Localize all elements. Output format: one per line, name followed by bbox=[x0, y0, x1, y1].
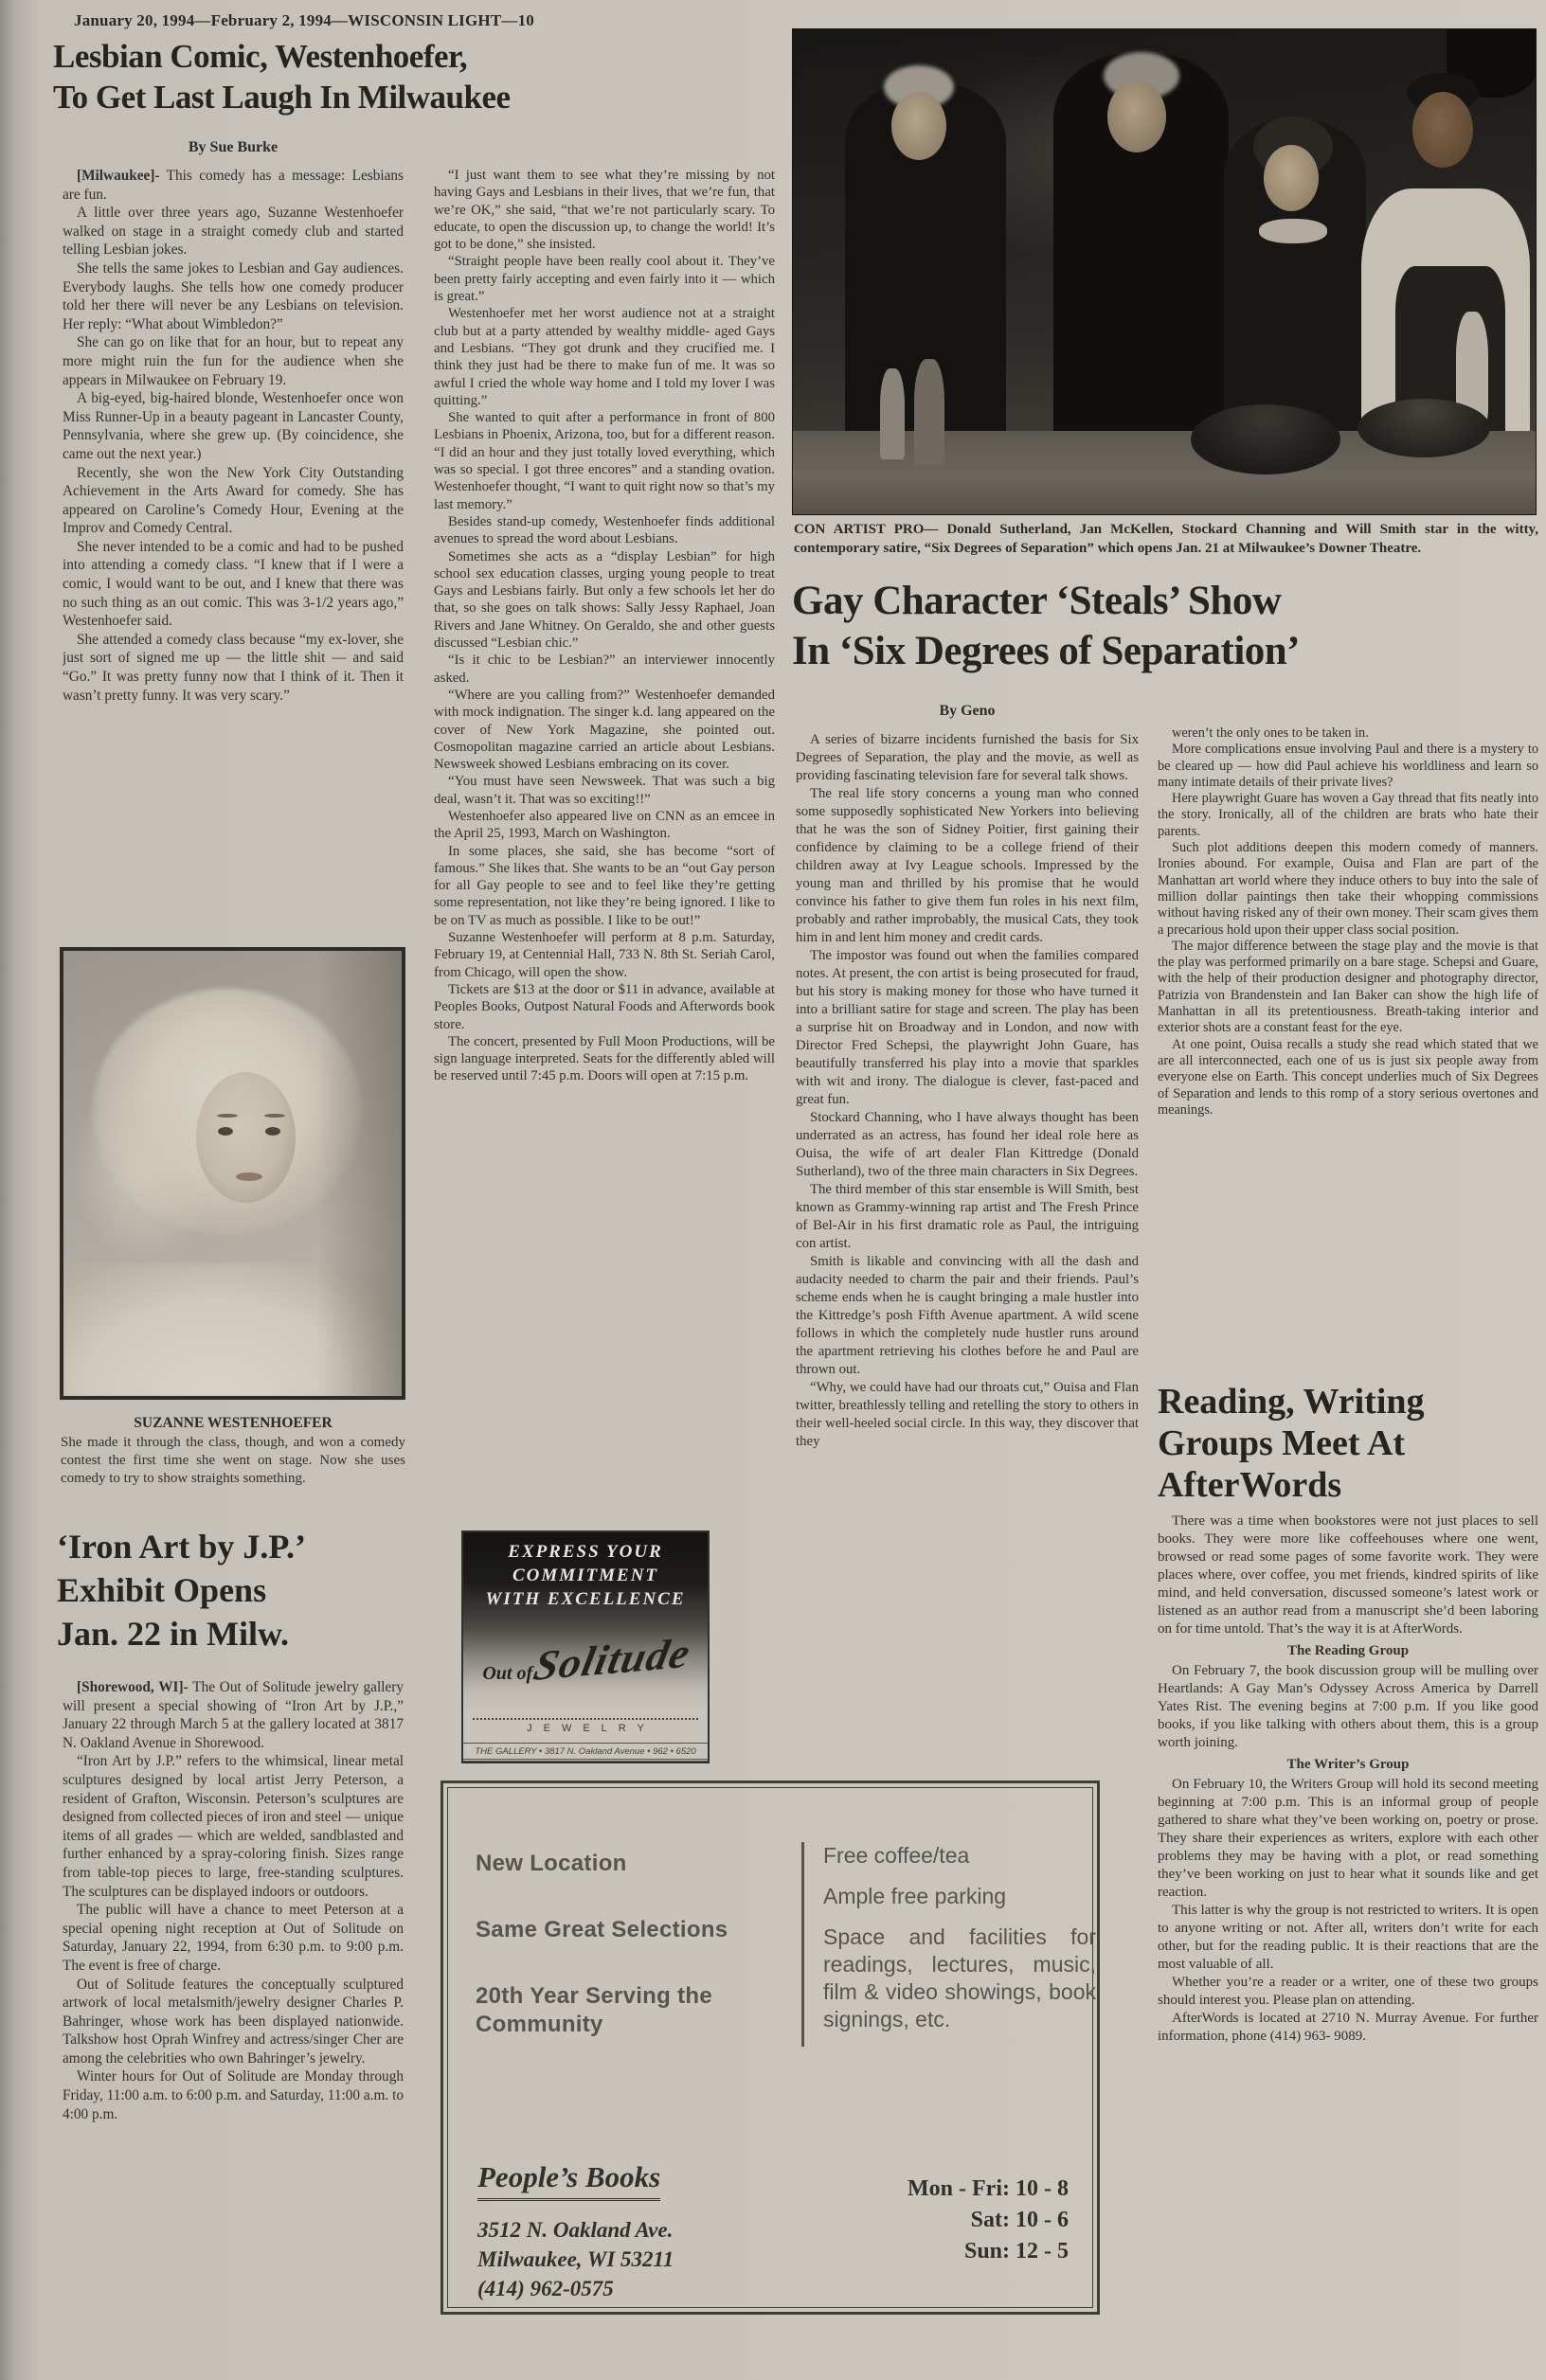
six-degrees-photo-caption: CON ARTIST PRO— Donald Sutherland, Jan M… bbox=[794, 521, 1538, 558]
paragraph: “Straight people have been really cool a… bbox=[434, 253, 775, 305]
paragraph: Whether you’re a reader or a writer, one… bbox=[1158, 1974, 1538, 2010]
out-of-solitude-ad: EXPRESS YOUR COMMITMENT WITH EXCELLENCE … bbox=[461, 1530, 710, 1763]
paragraph: She attended a comedy class because “my … bbox=[63, 631, 404, 705]
paragraph: Tickets are $13 at the door or $11 in ad… bbox=[434, 981, 775, 1033]
paragraph: She tells the same jokes to Lesbian and … bbox=[63, 259, 404, 333]
address-line-2: Milwaukee, WI 53211 bbox=[477, 2245, 674, 2274]
iron-art-column: [Shorewood, WI]- The Out of Solitude jew… bbox=[63, 1678, 404, 2377]
paragraph: The real life story concerns a young man… bbox=[796, 785, 1139, 947]
figure-face bbox=[891, 92, 946, 160]
paragraph: Sometimes she acts as a “display Lesbian… bbox=[434, 548, 775, 653]
photo-caption-text: She made it through the class, though, a… bbox=[61, 1434, 405, 1488]
ad-item: New Location bbox=[476, 1850, 788, 1878]
ad-gallery-address: THE GALLERY • 3817 N. Oakland Avenue • 9… bbox=[463, 1743, 708, 1762]
dotted-rule bbox=[473, 1718, 698, 1720]
figure-face bbox=[1412, 92, 1473, 168]
paragraph: She never intended to be a comic and had… bbox=[63, 538, 404, 631]
headline-line-2: Exhibit Opens bbox=[57, 1568, 306, 1612]
paragraph: “Why, we could have had our throats cut,… bbox=[796, 1379, 1139, 1451]
westenhoefer-column-1: [Milwaukee]- This comedy has a message: … bbox=[63, 167, 404, 930]
six-degrees-byline: By Geno bbox=[796, 703, 1139, 720]
address-line-1: 3512 N. Oakland Ave. bbox=[477, 2215, 674, 2245]
paragraph: She wanted to quit after a performance i… bbox=[434, 409, 775, 513]
ad-item: 20th Year Serving the Community bbox=[476, 1982, 788, 2039]
figure-face bbox=[1107, 81, 1166, 152]
six-degrees-headline: Gay Character ‘Steals’ Show In ‘Six Degr… bbox=[792, 576, 1300, 676]
hours-line: Sat: 10 - 6 bbox=[811, 2205, 1069, 2236]
headline-line-3: AfterWords bbox=[1158, 1464, 1425, 1506]
portrait-eye bbox=[218, 1127, 233, 1136]
bottle bbox=[914, 359, 944, 465]
paragraph: Westenhoefer met her worst audience not … bbox=[434, 305, 775, 409]
paragraph: She can go on like that for an hour, but… bbox=[63, 333, 404, 389]
ad-slogan-line-2: COMMITMENT bbox=[463, 1564, 708, 1587]
caption-lead: CON ARTIST PRO— bbox=[794, 522, 938, 537]
iron-art-headline: ‘Iron Art by J.P.’ Exhibit Opens Jan. 22… bbox=[57, 1525, 306, 1655]
headline-line-2: To Get Last Laugh In Milwaukee bbox=[53, 77, 511, 117]
hours-line: Mon - Fri: 10 - 8 bbox=[811, 2174, 1069, 2205]
paragraph: There was a time when bookstores were no… bbox=[1158, 1512, 1538, 1638]
paragraph: A little over three years ago, Suzanne W… bbox=[63, 204, 404, 259]
out-of-solitude-signature-logo: Out of Solitude bbox=[463, 1635, 708, 1685]
paragraph: The Writer’s Group bbox=[1158, 1756, 1538, 1774]
afterwords-column: There was a time when bookstores were no… bbox=[1158, 1512, 1538, 2346]
page-header: January 20, 1994—February 2, 1994—WISCON… bbox=[74, 11, 534, 30]
paragraph: Such plot additions deepen this modern c… bbox=[1158, 840, 1538, 939]
ad-item: Ample free parking bbox=[823, 1883, 1096, 1910]
headline-line-2: Groups Meet At bbox=[1158, 1423, 1425, 1464]
paragraph: “I just want them to see what they’re mi… bbox=[434, 167, 775, 253]
paragraph: Recently, she won the New York City Outs… bbox=[63, 464, 404, 538]
signature-solitude: Solitude bbox=[530, 1628, 694, 1691]
headline-line-1: Gay Character ‘Steals’ Show bbox=[792, 576, 1300, 626]
headline-line-2: In ‘Six Degrees of Separation’ bbox=[792, 626, 1300, 676]
afterwords-headline: Reading, Writing Groups Meet At AfterWor… bbox=[1158, 1381, 1425, 1506]
westenhoefer-byline: By Sue Burke bbox=[63, 139, 404, 156]
paragraph-lead: [Milwaukee]- bbox=[77, 168, 160, 184]
paragraph: “You must have seen Newsweek. That was s… bbox=[434, 773, 775, 808]
ad-item: Free coffee/tea bbox=[823, 1842, 1096, 1870]
headline-line-1: Reading, Writing bbox=[1158, 1381, 1425, 1423]
ad-slogan: EXPRESS YOUR COMMITMENT WITH EXCELLENCE bbox=[463, 1532, 708, 1611]
paragraph: “Where are you calling from?” Westenhoef… bbox=[434, 687, 775, 773]
paragraph: Winter hours for Out of Solitude are Mon… bbox=[63, 2067, 404, 2123]
westenhoefer-headline: Lesbian Comic, Westenhoefer, To Get Last… bbox=[53, 36, 511, 117]
portrait-face bbox=[196, 1072, 296, 1203]
paragraph: The impostor was found out when the fami… bbox=[796, 947, 1139, 1109]
ad-jewelry-label: JEWELRY bbox=[463, 1723, 708, 1734]
peoples-books-address: 3512 N. Oakland Ave. Milwaukee, WI 53211… bbox=[477, 2215, 674, 2303]
ad-right-items: Free coffee/teaAmple free parkingSpace a… bbox=[801, 1842, 1096, 2047]
paragraph: On February 10, the Writers Group will h… bbox=[1158, 1776, 1538, 1902]
paragraph: At one point, Ouisa recalls a study she … bbox=[1158, 1037, 1538, 1118]
portrait-brow bbox=[217, 1114, 238, 1118]
headline-line-1: ‘Iron Art by J.P.’ bbox=[57, 1525, 306, 1568]
paragraph: A big-eyed, big-haired blonde, Westenhoe… bbox=[63, 389, 404, 463]
portrait-mouth bbox=[236, 1172, 262, 1181]
ad-item: Same Great Selections bbox=[476, 1916, 788, 1944]
figure-face bbox=[1264, 145, 1319, 211]
paragraph: AfterWords is located at 2710 N. Murray … bbox=[1158, 2010, 1538, 2046]
paragraph: The Reading Group bbox=[1158, 1642, 1538, 1660]
paragraph-lead: [Shorewood, WI]- bbox=[77, 1679, 189, 1695]
ad-item: Space and facilities for readings, lectu… bbox=[823, 1924, 1096, 2033]
hours-line: Sun: 12 - 5 bbox=[811, 2236, 1069, 2267]
paragraph: More complications ensue involving Paul … bbox=[1158, 742, 1538, 791]
phone-number: (414) 962-0575 bbox=[477, 2274, 674, 2303]
peoples-books-ad: New LocationSame Great Selections20th Ye… bbox=[440, 1781, 1100, 2315]
ad-slogan-line-3: WITH EXCELLENCE bbox=[463, 1587, 708, 1611]
cooking-pot bbox=[1357, 399, 1490, 457]
photo-suzanne-westenhoefer bbox=[60, 947, 405, 1400]
cooking-pot bbox=[1191, 404, 1340, 474]
paragraph: The concert, presented by Full Moon Prod… bbox=[434, 1033, 775, 1085]
paragraph: “Iron Art by J.P.” refers to the whimsic… bbox=[63, 1752, 404, 1901]
paragraph: Out of Solitude features the conceptuall… bbox=[63, 1976, 404, 2068]
ad-left-items: New LocationSame Great Selections20th Ye… bbox=[476, 1850, 788, 2077]
westenhoefer-column-2: “I just want them to see what they’re mi… bbox=[434, 167, 775, 1527]
figure-collar bbox=[1259, 219, 1327, 243]
headline-line-1: Lesbian Comic, Westenhoefer, bbox=[53, 36, 511, 77]
signature-out-of: Out of bbox=[482, 1663, 532, 1684]
paragraph: The major difference between the stage p… bbox=[1158, 939, 1538, 1037]
peoples-books-name: People’s Books bbox=[477, 2160, 660, 2201]
paragraph: [Shorewood, WI]- The Out of Solitude jew… bbox=[63, 1678, 404, 1752]
paragraph: weren’t the only ones to be taken in. bbox=[1158, 725, 1538, 742]
paragraph: A series of bizarre incidents furnished … bbox=[796, 731, 1139, 785]
portrait-hair-side bbox=[73, 1074, 215, 1263]
paragraph: Suzanne Westenhoefer will perform at 8 p… bbox=[434, 929, 775, 981]
paragraph: Smith is likable and convincing with all… bbox=[796, 1253, 1139, 1379]
six-degrees-column-1: A series of bizarre incidents furnished … bbox=[796, 731, 1139, 1779]
paragraph: In some places, she said, she has become… bbox=[434, 843, 775, 929]
paragraph: The third member of this star ensemble i… bbox=[796, 1181, 1139, 1253]
paragraph: This latter is why the group is not rest… bbox=[1158, 1902, 1538, 1974]
paragraph: Here playwright Guare has woven a Gay th… bbox=[1158, 791, 1538, 840]
photo-six-degrees-scene bbox=[792, 28, 1537, 515]
photo-caption-title: SUZANNE WESTENHOEFER bbox=[61, 1415, 405, 1432]
paragraph: [Milwaukee]- This comedy has a message: … bbox=[63, 167, 404, 204]
paragraph: On February 7, the book discussion group… bbox=[1158, 1662, 1538, 1752]
paragraph: The public will have a chance to meet Pe… bbox=[63, 1901, 404, 1975]
store-hours: Mon - Fri: 10 - 8Sat: 10 - 6Sun: 12 - 5 bbox=[811, 2174, 1069, 2267]
paragraph: Stockard Channing, who I have always tho… bbox=[796, 1109, 1139, 1181]
headline-line-3: Jan. 22 in Milw. bbox=[57, 1612, 306, 1655]
portrait-eye bbox=[265, 1127, 280, 1136]
paragraph: Besides stand-up comedy, Westenhoefer fi… bbox=[434, 513, 775, 548]
six-degrees-column-2: weren’t the only ones to be taken in.Mor… bbox=[1158, 725, 1538, 1381]
portrait-shadow bbox=[316, 951, 402, 1396]
ad-slogan-line-1: EXPRESS YOUR bbox=[463, 1540, 708, 1564]
paragraph: “Is it chic to be Lesbian?” an interview… bbox=[434, 652, 775, 687]
bottle bbox=[880, 368, 905, 459]
paragraph: Westenhoefer also appeared live on CNN a… bbox=[434, 808, 775, 843]
portrait-brow bbox=[264, 1114, 285, 1118]
